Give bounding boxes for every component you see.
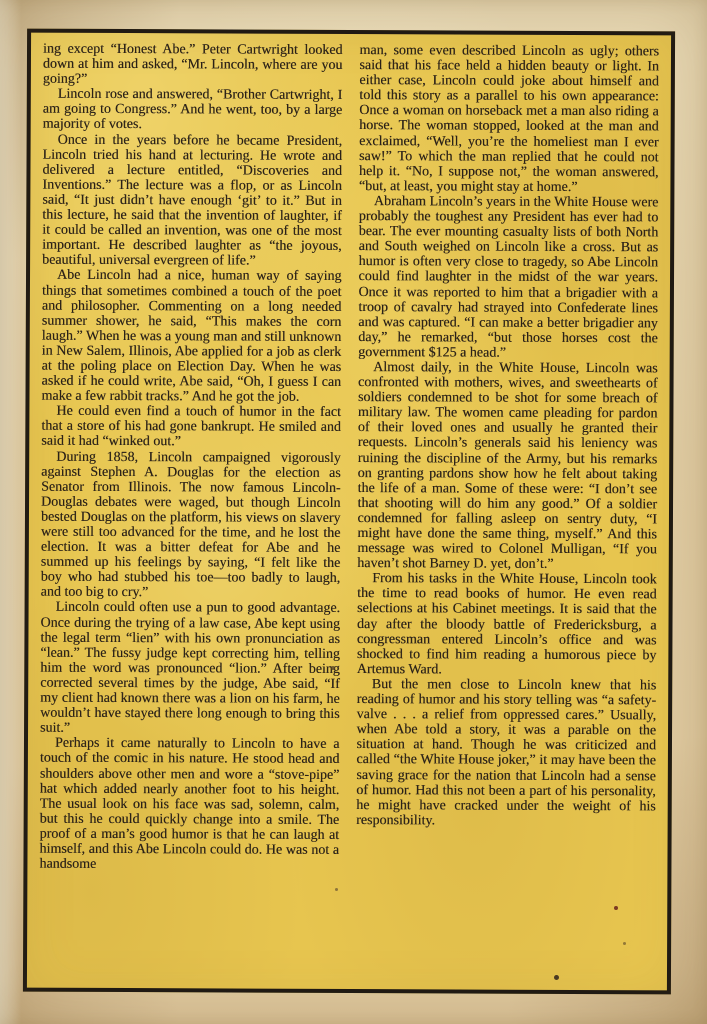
paragraph: Once in the years before he became Presi…	[42, 132, 342, 269]
paragraph: During 1858, Lincoln campaigned vigorous…	[41, 449, 341, 601]
paragraph: Almost daily, in the White House, Lincol…	[357, 360, 657, 573]
paragraph: Abraham Lincoln’s years in the White Hou…	[358, 194, 658, 361]
paragraph: Abe Lincoln had a nice, human way of say…	[41, 268, 341, 405]
paragraph: From his tasks in the White House, Linco…	[357, 571, 657, 678]
paragraph: man, some even described Lincoln as ugly…	[359, 43, 659, 195]
paragraph: Perhaps it came naturally to Lincoln to …	[39, 736, 339, 873]
paragraph: ing except “Honest Abe.” Peter Cartwrigh…	[43, 42, 343, 89]
text-column-left: ing except “Honest Abe.” Peter Cartwrigh…	[39, 42, 343, 975]
text-columns: ing except “Honest Abe.” Peter Cartwrigh…	[27, 33, 671, 986]
text-column-right: man, some even described Lincoln as ugly…	[355, 43, 659, 976]
paragraph: But the men close to Lincoln knew that h…	[356, 677, 656, 829]
page-frame: ing except “Honest Abe.” Peter Cartwrigh…	[23, 29, 675, 995]
paragraph: Lincoln could often use a pun to good ad…	[40, 600, 340, 737]
paragraph: He could even find a touch of humor in t…	[41, 404, 341, 451]
paragraph: Lincoln rose and answered, “Brother Cart…	[43, 87, 343, 134]
scanned-page: ing except “Honest Abe.” Peter Cartwrigh…	[0, 0, 707, 1024]
